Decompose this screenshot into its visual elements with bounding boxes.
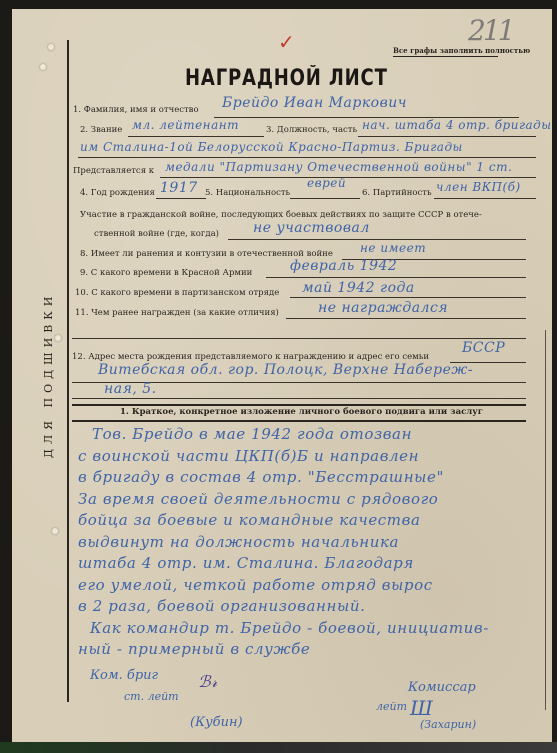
binding-label: ДЛЯ ПОДШИВКИ <box>42 290 56 460</box>
narrative-line: в бригаду в состав 4 отр. "Бесстрашные" <box>78 468 538 490</box>
field-12-label: 12. Адрес места рождения представляемого… <box>72 352 429 362</box>
field-9-value: февраль 1942 <box>290 258 397 274</box>
field-12-value-line3: ная, 5. <box>104 381 157 397</box>
fill-line <box>228 239 526 240</box>
fill-line <box>358 136 536 137</box>
narrative-line: выдвинут на должность начальника <box>78 533 538 555</box>
fill-line <box>72 398 526 399</box>
fill-line <box>434 198 536 199</box>
narrative-line: Как командир т. Брейдо - боевой, инициат… <box>78 619 538 641</box>
field-5-value: еврей <box>307 176 346 190</box>
field-10-value: май 1942 года <box>302 280 415 296</box>
narrative-line: с воинской части ЦКП(б)Б и направлен <box>78 447 538 469</box>
field-4-label: 4. Год рождения <box>80 188 155 198</box>
field-6-value: член ВКП(б) <box>436 180 521 194</box>
fill-line <box>72 338 526 339</box>
field-11-label: 11. Чем ранее награжден (за какие отличи… <box>75 308 279 318</box>
section-title: 1. Краткое, конкретное изложение личного… <box>120 407 483 417</box>
frame-line <box>545 330 546 710</box>
field-1-label: 1. Фамилия, имя и отчество <box>73 105 199 115</box>
field-4-value: 1917 <box>160 180 198 196</box>
fill-line <box>160 177 536 178</box>
signature-right-title: Комиссар <box>408 680 476 695</box>
field-12-value-line2: Витебская обл. гор. Полоцк, Верхне Набер… <box>98 362 473 378</box>
field-7-label-line1: Участие в гражданской войне, последующих… <box>80 210 482 220</box>
field-7-value: не участвовал <box>253 220 370 236</box>
field-11-value: не награждался <box>318 300 448 316</box>
scan-border <box>0 742 557 753</box>
signature-left-title: Ком. бриг <box>90 668 158 683</box>
field-7-label-line2: ственной войне (где, когда) <box>94 229 219 239</box>
signature-right-name: (Захарин) <box>420 718 476 731</box>
binding-margin-line <box>67 40 69 702</box>
field-3-value-cont: им Сталина-1ой Белорусской Красно-Партиз… <box>80 140 463 154</box>
punch-hole <box>48 44 54 50</box>
fill-line <box>128 136 264 137</box>
section-rule <box>72 420 526 422</box>
narrative-text: Тов. Брейдо в мае 1942 года отозван с во… <box>78 425 538 662</box>
narrative-line: ный - примерный в службе <box>78 640 538 662</box>
field-3-value: нач. штаба 4 отр. бригады <box>362 118 552 132</box>
signature-left-mark: ℬ𝓇 <box>198 672 217 692</box>
check-mark-icon: ✓ <box>278 30 295 54</box>
archive-number: 211 <box>468 14 512 47</box>
presented-value: медали "Партизану Отечественной войны" 1… <box>165 160 512 174</box>
fill-line <box>156 198 206 199</box>
field-3-label: 3. Должность, часть <box>266 125 357 135</box>
field-1-value: Брейдо Иван Маркович <box>222 95 407 111</box>
narrative-line: За время своей деятельности с рядового <box>78 490 538 512</box>
narrative-line: бойца за боевые и командные качества <box>78 511 538 533</box>
fill-line <box>290 198 360 199</box>
field-10-label: 10. С какого времени в партизанском отря… <box>75 288 279 298</box>
fill-line <box>286 318 526 319</box>
narrative-line: его умелой, четкой работе отряд вырос <box>78 576 538 598</box>
field-8-value: не имеет <box>360 241 426 255</box>
field-2-label: 2. Звание <box>80 125 122 135</box>
section-rule <box>72 404 526 406</box>
signature-left-name: (Кубин) <box>190 715 243 730</box>
field-5-label: 5. Национальность <box>205 188 290 198</box>
field-2-value: мл. лейтенант <box>132 118 239 132</box>
signature-right-mark: Ш <box>410 696 433 720</box>
narrative-line: штаба 4 отр. им. Сталина. Благодаря <box>78 554 538 576</box>
punch-hole <box>52 528 58 534</box>
punch-hole <box>40 64 46 70</box>
field-9-label: 9. С какого времени в Красной Армии <box>80 268 252 278</box>
signature-left-rank: ст. лейт <box>124 690 179 703</box>
narrative-line: в 2 раза, боевой организованный. <box>78 597 538 619</box>
document-title: НАГРАДНОЙ ЛИСТ <box>185 66 365 91</box>
field-6-label: 6. Партийность <box>362 188 432 198</box>
field-12-value: БССР <box>462 340 505 356</box>
signature-right-rank: лейт <box>376 700 407 713</box>
fill-all-note: Все графы заполнить полностью <box>393 46 498 57</box>
presented-label: Представляется к <box>73 166 154 176</box>
fill-line <box>266 277 526 278</box>
fill-line <box>290 297 526 298</box>
fill-line <box>78 157 536 158</box>
narrative-line: Тов. Брейдо в мае 1942 года отозван <box>78 425 538 447</box>
